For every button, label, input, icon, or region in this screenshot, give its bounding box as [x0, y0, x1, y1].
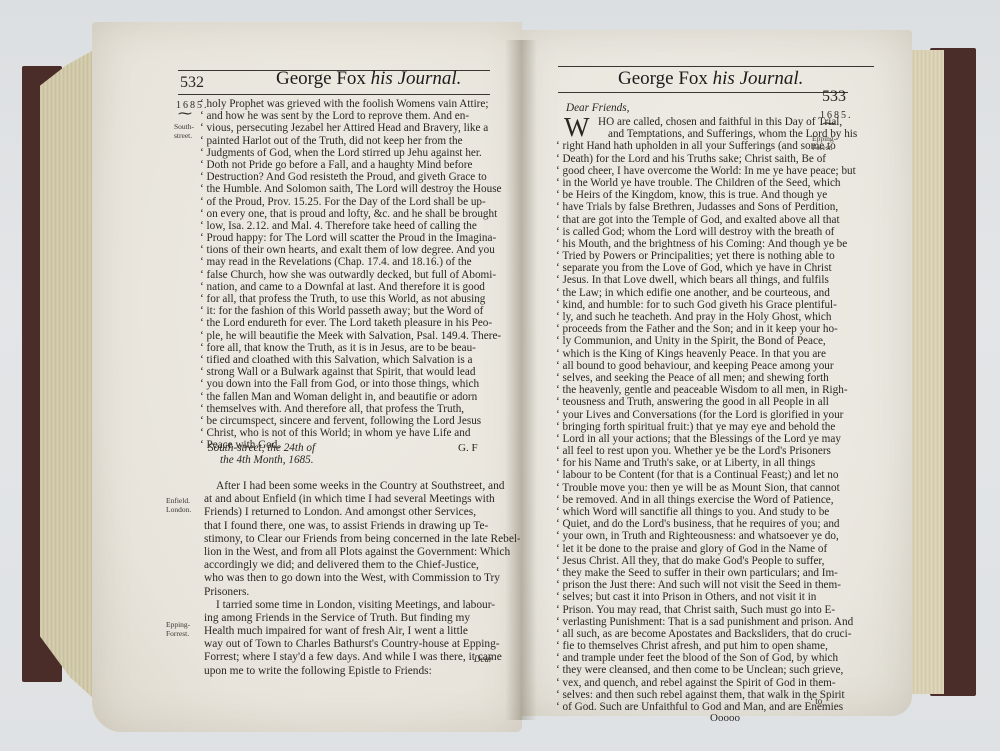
narrative-text: After I had been some weeks in the Count… [204, 480, 521, 678]
text-line: After I had been some weeks in the Count… [204, 480, 521, 493]
text-line: accordingly we did; and delivered them t… [204, 559, 521, 572]
text-line: ‘ on every one, that is proud and lofty,… [200, 208, 502, 220]
text-line: ‘ your Lives and Conversations (for the … [556, 409, 857, 421]
text-line: ‘ and trample under feet the blood of th… [556, 652, 857, 664]
text-line: ‘ and how he was sent by the Lord to rep… [200, 110, 502, 122]
margin-note-enfield-london: Enfield. London. [166, 496, 196, 514]
text-line: ‘ proceeds from the Father and the Son; … [556, 323, 857, 335]
text-line: ‘ separate you from the Love of God, whi… [556, 262, 857, 274]
text-line: ‘ they make the Seed to suffer in their … [556, 567, 857, 579]
text-line: ‘ Judgments of God, when the Lord stirre… [200, 147, 502, 159]
text-line: ‘ may read in the Revelations (Chap. 17.… [200, 256, 502, 268]
text-line: Prisoners. [204, 586, 521, 599]
text-line: who was then to go down into the West, w… [204, 572, 521, 585]
text-line: ‘ is called God; whom the Lord will dest… [556, 226, 857, 238]
text-line: ‘ Tried by Powers or Principalities; yet… [556, 250, 857, 262]
brace-ornament: ⁓ [178, 106, 192, 123]
text-line: and Temptations, and Sufferings, whom th… [556, 128, 857, 140]
text-line: Friends) I returned to London. And among… [204, 506, 521, 519]
text-line: ‘ Quiet, and do the Lord's business, tha… [556, 518, 857, 530]
text-line: ‘ of the Proud, Prov. 15.25. For the Day… [200, 196, 502, 208]
text-line: ‘ for his Name and Truth's sake, or at L… [556, 457, 857, 469]
text-line: ‘ holy Prophet was grieved with the fool… [200, 98, 502, 110]
text-line: ‘ labour to be Content (for that is a Co… [556, 469, 857, 481]
catchword: ‘ to [810, 696, 822, 706]
text-line: ‘ false Church, how she was outwardly de… [200, 269, 502, 281]
text-line: ‘ Doth not Pride go before a Fall, and a… [200, 159, 502, 171]
text-line: ‘ which is the King of Kings heavenly Pe… [556, 348, 857, 360]
text-line: ‘ low, Isa. 2.12. and Mal. 4. Therefore … [200, 220, 502, 232]
text-line: ‘ vex, and quench, and rebel against the… [556, 677, 857, 689]
text-line: ‘ have Trials by false Brethren, Judasse… [556, 201, 857, 213]
running-title-roman: George Fox [618, 68, 708, 89]
text-line: ‘ verlasting Punishment: That is a sad p… [556, 616, 857, 628]
text-line: ‘ you down into the Fall from God, or in… [200, 378, 502, 390]
text-line: ‘ themselves with. And therefore all, th… [200, 403, 502, 415]
text-line: ‘ be removed. And in all things exercise… [556, 494, 857, 506]
margin-note-epping-forrest: Epping-Forrest. [166, 620, 196, 638]
text-line: ‘ the Humble. And Solomon saith, The Lor… [200, 183, 502, 195]
right-page: George Fox his Journal. 533 1685. ⁓ Eppi… [520, 30, 912, 716]
book-gutter [505, 40, 537, 720]
running-title: George Fox his Journal. [618, 68, 803, 90]
left-page: 532 George Fox his Journal. 1685. ⁓ Sout… [92, 22, 522, 732]
text-line: ‘ right Hand hath upholden in all your S… [556, 140, 857, 152]
text-line: HO are called, chosen and faithful in th… [556, 116, 857, 128]
text-line: ‘ ly Communion, and Unity in the Spirit,… [556, 335, 857, 347]
text-line: I tarried some time in London, visiting … [204, 599, 521, 612]
text-line: ‘ his Mouth, and the brightness of his C… [556, 238, 857, 250]
text-line: ‘ painted Harlot out of the Truth, did n… [200, 135, 502, 147]
text-line: ‘ tions of their own hearts, and exalt t… [200, 244, 502, 256]
signature: G. F [458, 442, 478, 454]
text-line: ‘ Prison. You may read, that Christ sait… [556, 604, 857, 616]
text-line: upon me to write the following Epistle t… [204, 665, 521, 678]
text-line: ‘ strong Wall or a Bulwark against that … [200, 366, 502, 378]
page-number: 533 [822, 88, 846, 106]
text-line: ‘ they were cleansed, and then come to b… [556, 664, 857, 676]
text-line: ‘ it: for the fashion of this World pass… [200, 305, 502, 317]
text-line: ‘ for all, that profess the Truth, to us… [200, 293, 502, 305]
text-line: ‘ all feel to rest upon you. Whether ye … [556, 445, 857, 457]
text-line: ‘ fore all, that know the Truth, as it i… [200, 342, 502, 354]
header-rule-top [558, 66, 874, 67]
text-line: ‘ good cheer, I have overcome the World:… [556, 165, 857, 177]
running-title: George Fox his Journal. [276, 68, 461, 90]
text-line: ‘ ly, and such he teacheth. And pray in … [556, 311, 857, 323]
text-line: ‘ Trouble move you: then ye will be as M… [556, 482, 857, 494]
text-line: ‘ vious, persecuting Jezabel her Attired… [200, 122, 502, 134]
header-rule-bottom [178, 94, 490, 95]
dateline-line: the 4th Month, 1685. [208, 454, 315, 466]
text-line: ‘ the Lord endureth for ever. The Lord t… [200, 317, 502, 329]
text-line: ‘ all bound to good behaviour, and keepi… [556, 360, 857, 372]
text-line: ‘ kind, and humble: for to such God give… [556, 299, 857, 311]
epistle-text-right: HO are called, chosen and faithful in th… [556, 116, 857, 713]
text-line: at and about Enfield (in which time I ha… [204, 493, 521, 506]
text-line: ‘ the fallen Man and Woman delight in, a… [200, 391, 502, 403]
text-line: way out of Town to Charles Bathurst's Co… [204, 638, 521, 651]
text-line: ‘ all such, as are become Apostates and … [556, 628, 857, 640]
text-line: ‘ Proud happy: for The Lord will scatter… [200, 232, 502, 244]
page-number: 532 [180, 74, 204, 92]
text-line: ‘ nation, and came to a Downfal at last.… [200, 281, 502, 293]
text-line: ‘ Destruction? And God resisteth the Pro… [200, 171, 502, 183]
text-line: ‘ Death) for the Lord and his Truths sak… [556, 153, 857, 165]
text-line: ‘ that are got into the Temple of God, a… [556, 214, 857, 226]
text-line: ‘ let it be done to the praise and glory… [556, 543, 857, 555]
text-line: ing among Friends in the Service of Trut… [204, 612, 521, 625]
text-line: Health much impaired for want of fresh A… [204, 625, 521, 638]
text-line: ‘ Jesus Christ. All they, that do make G… [556, 555, 857, 567]
epistle-text-left: ‘ holy Prophet was grieved with the fool… [200, 98, 502, 451]
text-line: ‘ prison the Just there: And such will n… [556, 579, 857, 591]
dateline-line: South-street, the 24th of [208, 442, 315, 454]
text-line: ‘ in the World ye have trouble. The Chil… [556, 177, 857, 189]
running-title-italic: his Journal. [713, 68, 804, 89]
text-line: lion in the West, and from all Plots aga… [204, 546, 521, 559]
text-line: stimony, to Clear our Friends from being… [204, 533, 521, 546]
catchword: Dear [474, 654, 493, 664]
text-line: ‘ selves, and seeking the Peace of all m… [556, 372, 857, 384]
signature-mark: Ooooo [710, 712, 740, 724]
text-line: ‘ teousness and Truth, answering the goo… [556, 396, 857, 408]
running-title-italic: his Journal. [371, 68, 462, 89]
header-rule-bottom [558, 92, 848, 93]
text-line: ‘ Christ, who is not of this World; in w… [200, 427, 502, 439]
text-line: ‘ ple, he will beautifie the Meek with S… [200, 330, 502, 342]
text-line: ‘ your own, in Truth and Righteousness: … [556, 530, 857, 542]
text-line: ‘ bringing forth spiritual fruit:) that … [556, 421, 857, 433]
text-line: ‘ selves; but cast it into Prison in Oth… [556, 591, 857, 603]
text-line: ‘ which Word will sanctifie all things t… [556, 506, 857, 518]
text-line: ‘ be Heirs of the Kingdom, know, this is… [556, 189, 857, 201]
text-line: ‘ be circumspect, sincere and fervent, f… [200, 415, 502, 427]
text-line: ‘ the Law; in which edifie one another, … [556, 287, 857, 299]
text-line: ‘ Jesus. In that Love dwell, which bears… [556, 274, 857, 286]
text-line: ‘ the heavenly, gentle and peaceable Wis… [556, 384, 857, 396]
margin-note-south-street: South-street. [174, 122, 198, 140]
running-title-roman: George Fox [276, 68, 366, 89]
text-line: ‘ Lord in all your actions; that the Ble… [556, 433, 857, 445]
text-line: ‘ tified and cloathed with this Salvatio… [200, 354, 502, 366]
text-line: ‘ fie to themselves Christ afresh, and p… [556, 640, 857, 652]
dateline: South-street, the 24th of the 4th Month,… [208, 442, 315, 466]
text-line: that I found there, one was, to assist F… [204, 520, 521, 533]
